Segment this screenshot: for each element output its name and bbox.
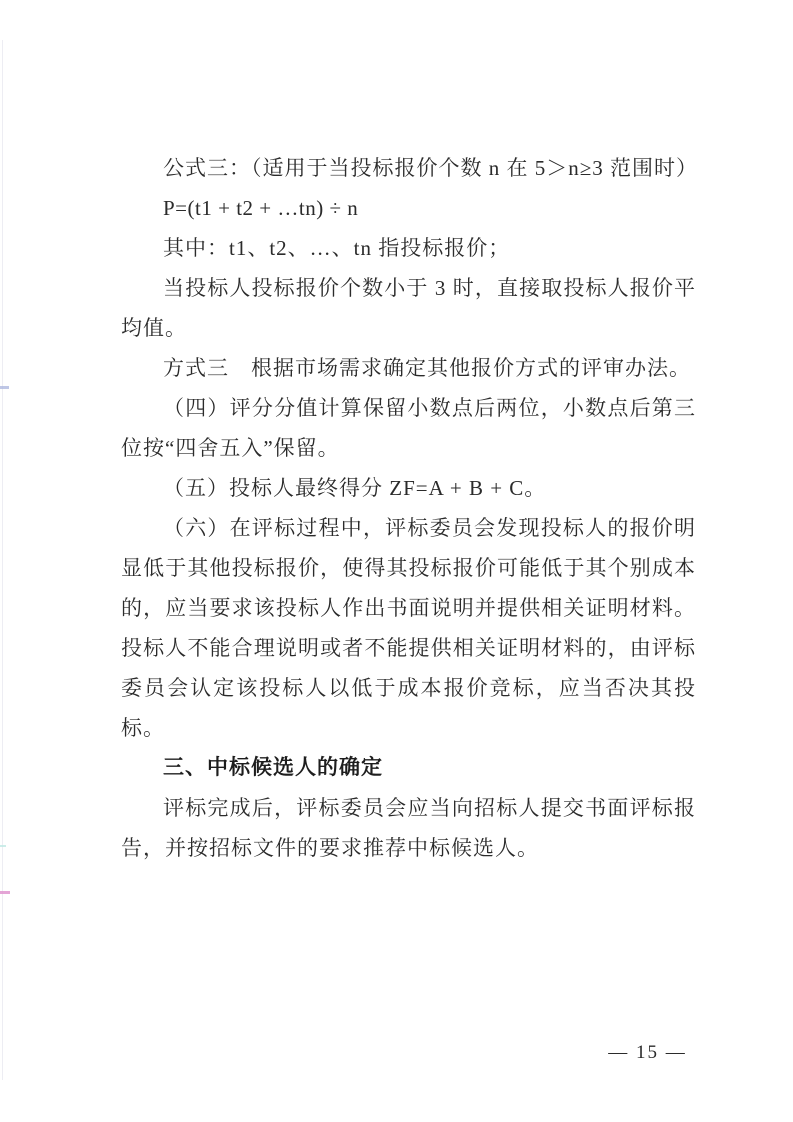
- paragraph-below-cost-rule: （六）在评标过程中，评标委员会发现投标人的报价明显低于其他投标报价，使得其投标报…: [121, 508, 696, 748]
- scan-artifact-pink-dash: [0, 891, 10, 894]
- paragraph-average-rule: 当投标人投标报价个数小于 3 时，直接取投标人报价平均值。: [121, 268, 696, 348]
- paragraph-formula-variables: 其中：t1、t2、…、tn 指投标报价；: [121, 228, 696, 268]
- paragraph-formula-three-intro: 公式三：（适用于当投标报价个数 n 在 5＞n≥3 范围时）: [121, 148, 696, 188]
- page-body-text: 公式三：（适用于当投标报价个数 n 在 5＞n≥3 范围时） P=(t1 + t…: [121, 148, 696, 868]
- section-heading: 三、中标候选人的确定: [121, 748, 696, 788]
- document-page: 公式三：（适用于当投标报价个数 n 在 5＞n≥3 范围时） P=(t1 + t…: [0, 0, 793, 1122]
- scan-artifact-cyan-dash: [0, 845, 6, 847]
- paragraph-final-score: （五）投标人最终得分 ZF=A + B + C。: [121, 468, 696, 508]
- paragraph-rounding-rule: （四）评分分值计算保留小数点后两位，小数点后第三位按“四舍五入”保留。: [121, 388, 696, 468]
- paragraph-formula-expression: P=(t1 + t2 + …tn) ÷ n: [121, 188, 696, 228]
- scan-artifact-blue-dash: [0, 386, 9, 389]
- paragraph-closing: 评标完成后，评标委员会应当向招标人提交书面评标报告，并按招标文件的要求推荐中标候…: [121, 788, 696, 868]
- scan-artifact-vertical-line: [2, 40, 3, 1080]
- paragraph-method-three: 方式三 根据市场需求确定其他报价方式的评审办法。: [121, 348, 696, 388]
- page-number: — 15 —: [600, 1042, 695, 1064]
